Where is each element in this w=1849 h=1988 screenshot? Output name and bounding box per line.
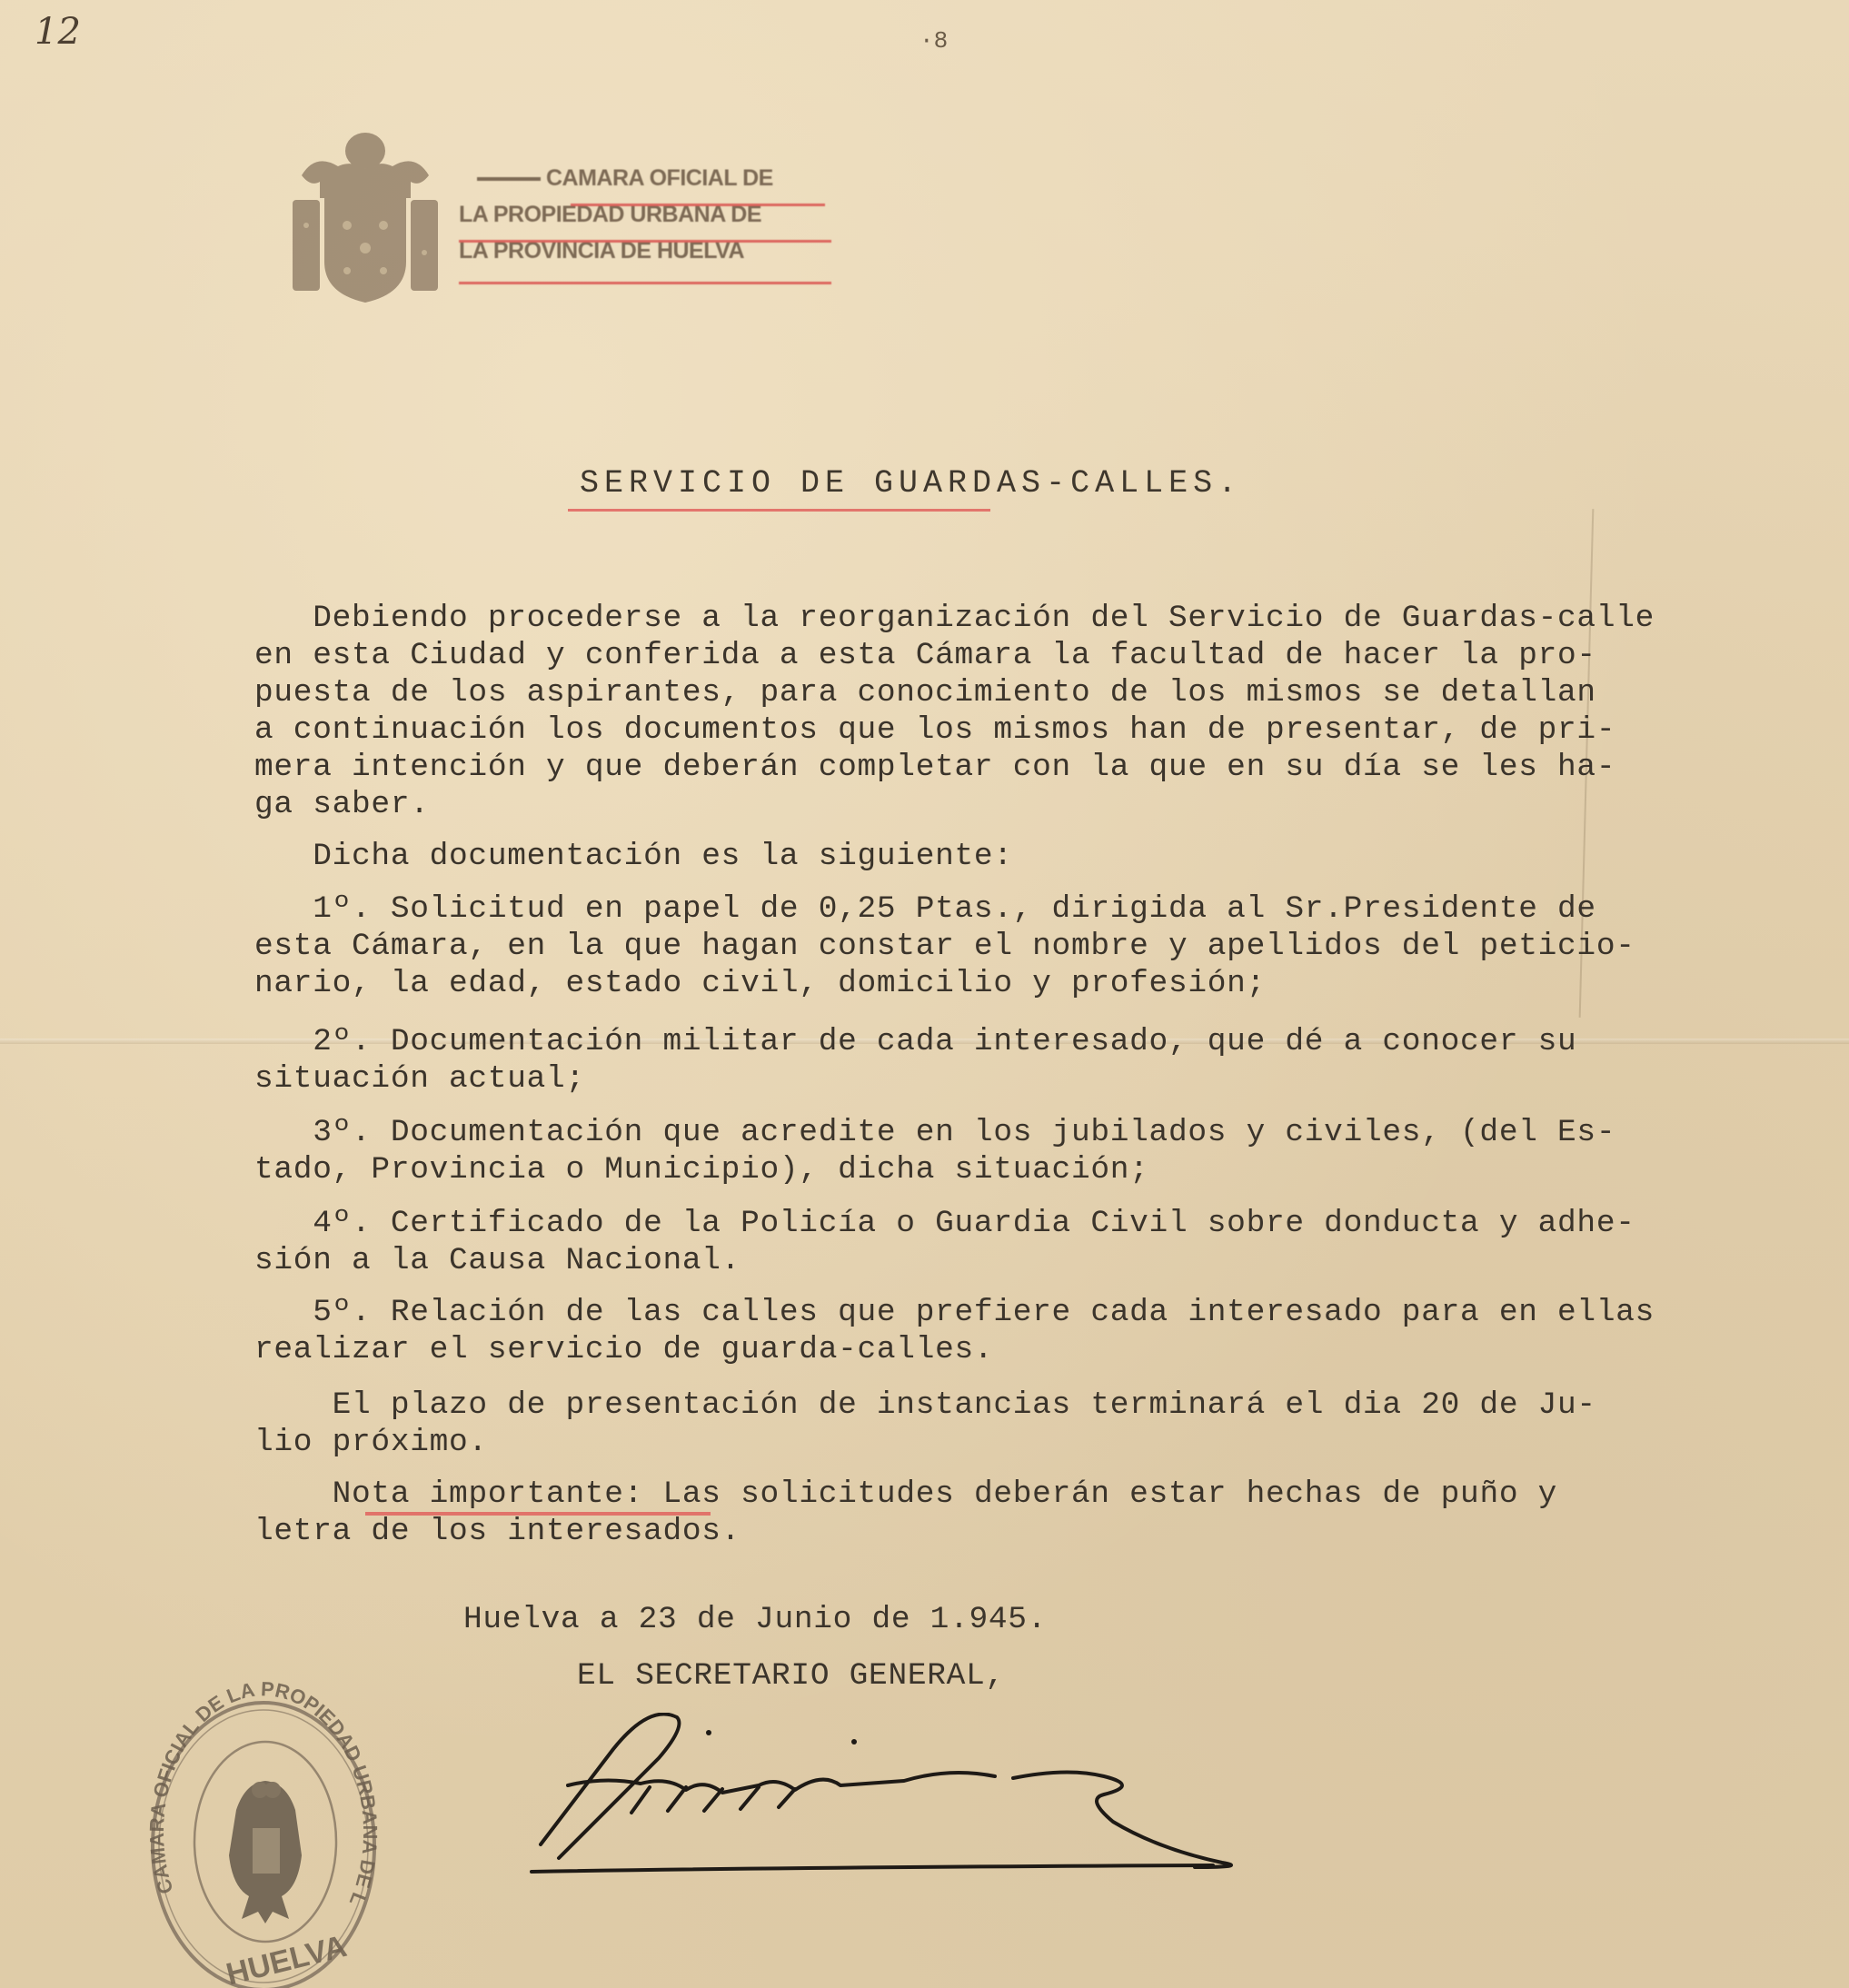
intro-line: mera intención y que deberán completar c… [254, 749, 1615, 786]
deadline-line: El plazo de presentación de instancias t… [254, 1387, 1596, 1424]
item-line: 1º. Solicitud en papel de 0,25 Ptas., di… [254, 890, 1596, 928]
title-underline [568, 509, 990, 512]
top-mark: ·8 [920, 27, 948, 55]
official-seal-stamp: CAMARA OFICIAL DE LA PROPIEDAD URBANA DE… [145, 1674, 382, 1988]
letterhead-red-rule-2 [459, 240, 831, 243]
intro-line: Debiendo procederse a la reorganización … [254, 600, 1655, 637]
note-line-1: Nota importante: Las solicitudes deberán… [254, 1476, 1557, 1513]
handwritten-signature-icon [522, 1713, 1367, 1894]
intro-line: ga saber. [254, 786, 430, 823]
item-line: 2º. Documentación militar de cada intere… [254, 1023, 1576, 1060]
note-text: Las solicitudes deberán estar hechas de … [643, 1476, 1557, 1512]
note-label: Nota importante: [333, 1476, 643, 1512]
deadline-line: lio próximo. [254, 1424, 488, 1461]
closing-block: Huelva a 23 de Junio de 1.945. EL SECRET… [463, 1592, 1047, 1705]
document-page: 12 ·8 CAMARA OFICIAL DE LA PROPIEDAD URB… [0, 0, 1849, 1988]
item-line: 3º. Documentación que acredite en los ju… [254, 1114, 1615, 1151]
letterhead-text: CAMARA OFICIAL DE LA PROPIEDAD URBANA DE… [459, 164, 840, 273]
intro-line: puesta de los aspirantes, para conocimie… [254, 674, 1596, 711]
item-line: 5º. Relación de las calles que prefiere … [254, 1294, 1655, 1331]
item-line: esta Cámara, en la que hagan constar el … [254, 928, 1635, 965]
document-title: SERVICIO DE GUARDAS-CALLES. [580, 465, 1242, 502]
eagle-emblem-icon [229, 1781, 302, 1923]
letterhead-red-rule-3 [459, 282, 831, 284]
signer-title: EL SECRETARIO GENERAL, [463, 1648, 1047, 1705]
item-line: 4º. Certificado de la Policía o Guardia … [254, 1205, 1635, 1242]
handwritten-page-number: 12 [35, 11, 81, 53]
item-line: situación actual; [254, 1060, 585, 1098]
intro-line: a continuación los documentos que los mi… [254, 711, 1615, 749]
item-line: tado, Provincia o Municipio), dicha situ… [254, 1151, 1149, 1188]
coat-of-arms-icon [283, 125, 447, 307]
note-label-underline [365, 1512, 711, 1516]
item-line: nario, la edad, estado civil, domicilio … [254, 965, 1266, 1002]
intro-line: en esta Ciudad y conferida a esta Cámara… [254, 637, 1596, 674]
letterhead-line-1: CAMARA OFICIAL DE [459, 164, 840, 200]
item-line: sión a la Causa Nacional. [254, 1242, 741, 1279]
list-intro-line: Dicha documentación es la siguiente: [254, 838, 1013, 875]
item-line: realizar el servicio de guarda-calles. [254, 1331, 993, 1368]
place-date: Huelva a 23 de Junio de 1.945. [463, 1592, 1047, 1648]
letterhead-red-rule-1 [571, 204, 825, 206]
note-line-2: letra de los interesados. [254, 1513, 741, 1550]
